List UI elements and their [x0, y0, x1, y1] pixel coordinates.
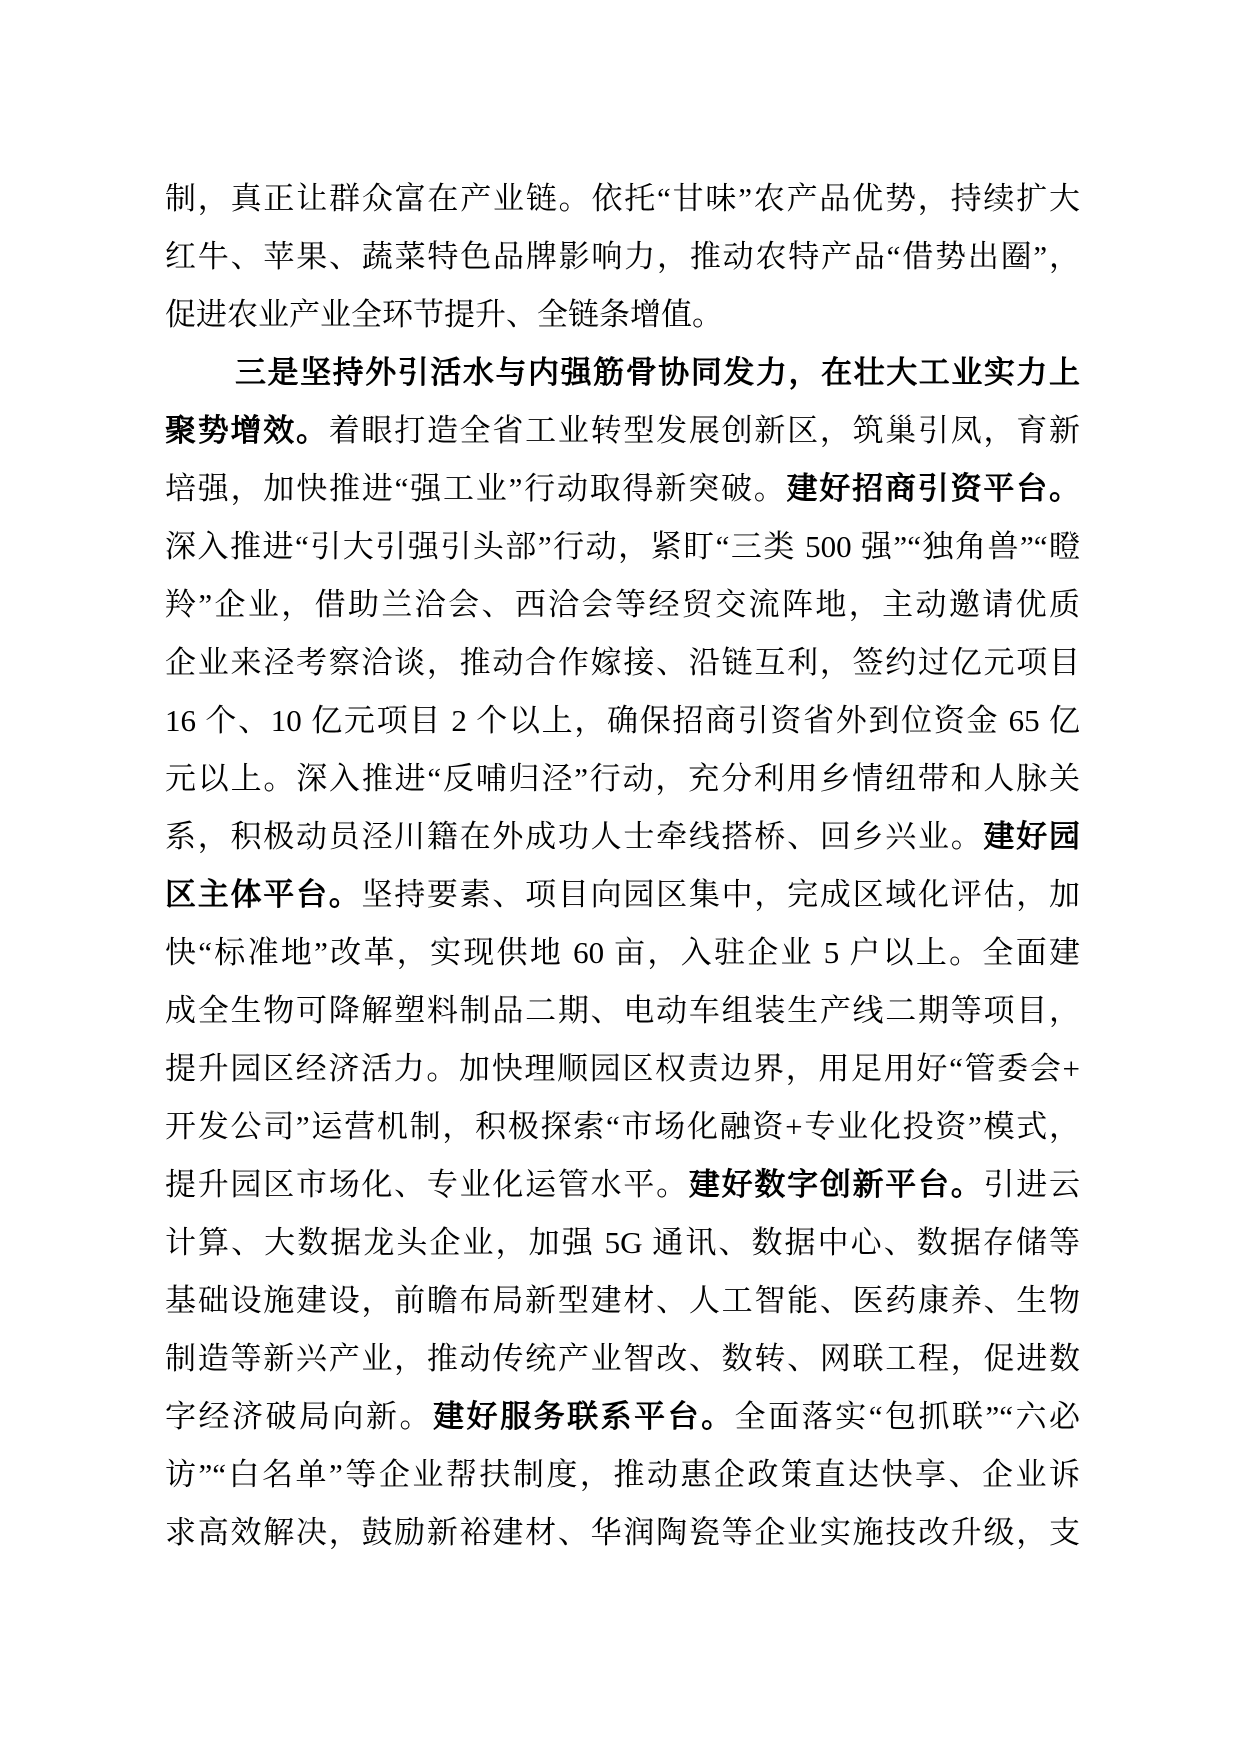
text-segment: 16 个、10 亿元项目 2 个以上，确保招商引资省外到位资金 65 亿 — [165, 703, 1080, 738]
text-segment-bold: 三是坚持外引活水与内强筋骨协同发力，在壮大工业实力上 — [235, 355, 1080, 390]
text-segment: 制造等新兴产业，推动传统产业智改、数转、网联工程，促进数 — [165, 1341, 1080, 1376]
text-segment: 成全生物可降解塑料制品二期、电动车组装生产线二期等项目， — [165, 993, 1080, 1028]
text-line: 深入推进“引大引强引头部”行动，紧盯“三类 500 强”“独角兽”“瞪 — [165, 518, 1080, 576]
text-line: 红牛、苹果、蔬菜特色品牌影响力，推动农特产品“借势出圈”， — [165, 228, 1080, 286]
text-segment-bold: 建好服务联系平台。 — [433, 1399, 735, 1434]
text-segment: 元以上。深入推进“反哺归泾”行动，充分利用乡情纽带和人脉关 — [165, 761, 1080, 796]
text-line: 计算、大数据龙头企业，加强 5G 通讯、数据中心、数据存储等 — [165, 1214, 1080, 1272]
text-segment: 字经济破局向新。 — [165, 1399, 433, 1434]
text-line: 制造等新兴产业，推动传统产业智改、数转、网联工程，促进数 — [165, 1330, 1080, 1388]
text-segment-bold: 建好园 — [984, 819, 1080, 854]
text-line: 16 个、10 亿元项目 2 个以上，确保招商引资省外到位资金 65 亿 — [165, 692, 1080, 750]
text-segment: 培强，加快推进“强工业”行动取得新突破。 — [165, 471, 787, 506]
text-segment: 计算、大数据龙头企业，加强 5G 通讯、数据中心、数据存储等 — [165, 1225, 1080, 1260]
document-page: 制，真正让群众富在产业链。依托“甘味”农产品优势，持续扩大 红牛、苹果、蔬菜特色… — [0, 0, 1240, 1753]
text-line: 制，真正让群众富在产业链。依托“甘味”农产品优势，持续扩大 — [165, 170, 1080, 228]
text-line: 访”“白名单”等企业帮扶制度，推动惠企政策直达快享、企业诉 — [165, 1446, 1080, 1504]
text-line: 字经济破局向新。建好服务联系平台。全面落实“包抓联”“六必 — [165, 1388, 1080, 1446]
text-segment: 快“标准地”改革，实现供地 60 亩，入驻企业 5 户以上。全面建 — [165, 935, 1080, 970]
text-segment: 坚持要素、项目向园区集中，完成区域化评估，加 — [361, 877, 1080, 912]
text-line: 成全生物可降解塑料制品二期、电动车组装生产线二期等项目， — [165, 982, 1080, 1040]
text-segment: 访”“白名单”等企业帮扶制度，推动惠企政策直达快享、企业诉 — [165, 1457, 1080, 1492]
text-segment: 促进农业产业全环节提升、全链条增值。 — [165, 297, 723, 332]
text-line: 聚势增效。着眼打造全省工业转型发展创新区，筑巢引凤，育新 — [165, 402, 1080, 460]
text-line: 快“标准地”改革，实现供地 60 亩，入驻企业 5 户以上。全面建 — [165, 924, 1080, 982]
text-line: 促进农业产业全环节提升、全链条增值。 — [165, 286, 1080, 344]
text-segment: 开发公司”运营机制，积极探索“市场化融资+专业化投资”模式， — [165, 1109, 1080, 1144]
text-line: 求高效解决，鼓励新裕建材、华润陶瓷等企业实施技改升级，支 — [165, 1504, 1080, 1562]
text-line: 提升园区市场化、专业化运管水平。建好数字创新平台。引进云 — [165, 1156, 1080, 1214]
text-line: 元以上。深入推进“反哺归泾”行动，充分利用乡情纽带和人脉关 — [165, 750, 1080, 808]
text-segment-bold: 区主体平台。 — [165, 877, 361, 912]
text-line: 区主体平台。坚持要素、项目向园区集中，完成区域化评估，加 — [165, 866, 1080, 924]
text-segment: 红牛、苹果、蔬菜特色品牌影响力，推动农特产品“借势出圈”， — [165, 239, 1080, 274]
text-segment: 提升园区经济活力。加快理顺园区权责边界，用足用好“管委会+ — [165, 1051, 1080, 1086]
text-segment-bold: 建好数字创新平台。 — [689, 1167, 984, 1202]
text-segment: 着眼打造全省工业转型发展创新区，筑巢引凤，育新 — [329, 413, 1080, 448]
text-segment: 羚”企业，借助兰洽会、西洽会等经贸交流阵地，主动邀请优质 — [165, 587, 1080, 622]
text-line: 提升园区经济活力。加快理顺园区权责边界，用足用好“管委会+ — [165, 1040, 1080, 1098]
text-line: 企业来泾考察洽谈，推动合作嫁接、沿链互利，签约过亿元项目 — [165, 634, 1080, 692]
text-line-heading: 三是坚持外引活水与内强筋骨协同发力，在壮大工业实力上 — [165, 344, 1080, 402]
text-segment: 全面落实“包抓联”“六必 — [735, 1399, 1080, 1434]
text-segment: 提升园区市场化、专业化运管水平。 — [165, 1167, 689, 1202]
document-body: 制，真正让群众富在产业链。依托“甘味”农产品优势，持续扩大 红牛、苹果、蔬菜特色… — [165, 170, 1080, 1562]
text-segment-bold: 聚势增效。 — [165, 413, 329, 448]
text-segment: 基础设施建设，前瞻布局新型建材、人工智能、医药康养、生物 — [165, 1283, 1080, 1318]
text-segment: 制，真正让群众富在产业链。依托“甘味”农产品优势，持续扩大 — [165, 181, 1080, 216]
text-line: 系，积极动员泾川籍在外成功人士牵线搭桥、回乡兴业。建好园 — [165, 808, 1080, 866]
text-line: 开发公司”运营机制，积极探索“市场化融资+专业化投资”模式， — [165, 1098, 1080, 1156]
text-segment: 引进云 — [984, 1167, 1080, 1202]
text-segment: 求高效解决，鼓励新裕建材、华润陶瓷等企业实施技改升级，支 — [165, 1515, 1080, 1550]
text-segment-bold: 建好招商引资平台。 — [787, 471, 1080, 506]
text-line: 基础设施建设，前瞻布局新型建材、人工智能、医药康养、生物 — [165, 1272, 1080, 1330]
text-segment: 企业来泾考察洽谈，推动合作嫁接、沿链互利，签约过亿元项目 — [165, 645, 1080, 680]
text-segment: 系，积极动员泾川籍在外成功人士牵线搭桥、回乡兴业。 — [165, 819, 984, 854]
text-line: 羚”企业，借助兰洽会、西洽会等经贸交流阵地，主动邀请优质 — [165, 576, 1080, 634]
text-line: 培强，加快推进“强工业”行动取得新突破。建好招商引资平台。 — [165, 460, 1080, 518]
text-segment: 深入推进“引大引强引头部”行动，紧盯“三类 500 强”“独角兽”“瞪 — [165, 529, 1080, 564]
